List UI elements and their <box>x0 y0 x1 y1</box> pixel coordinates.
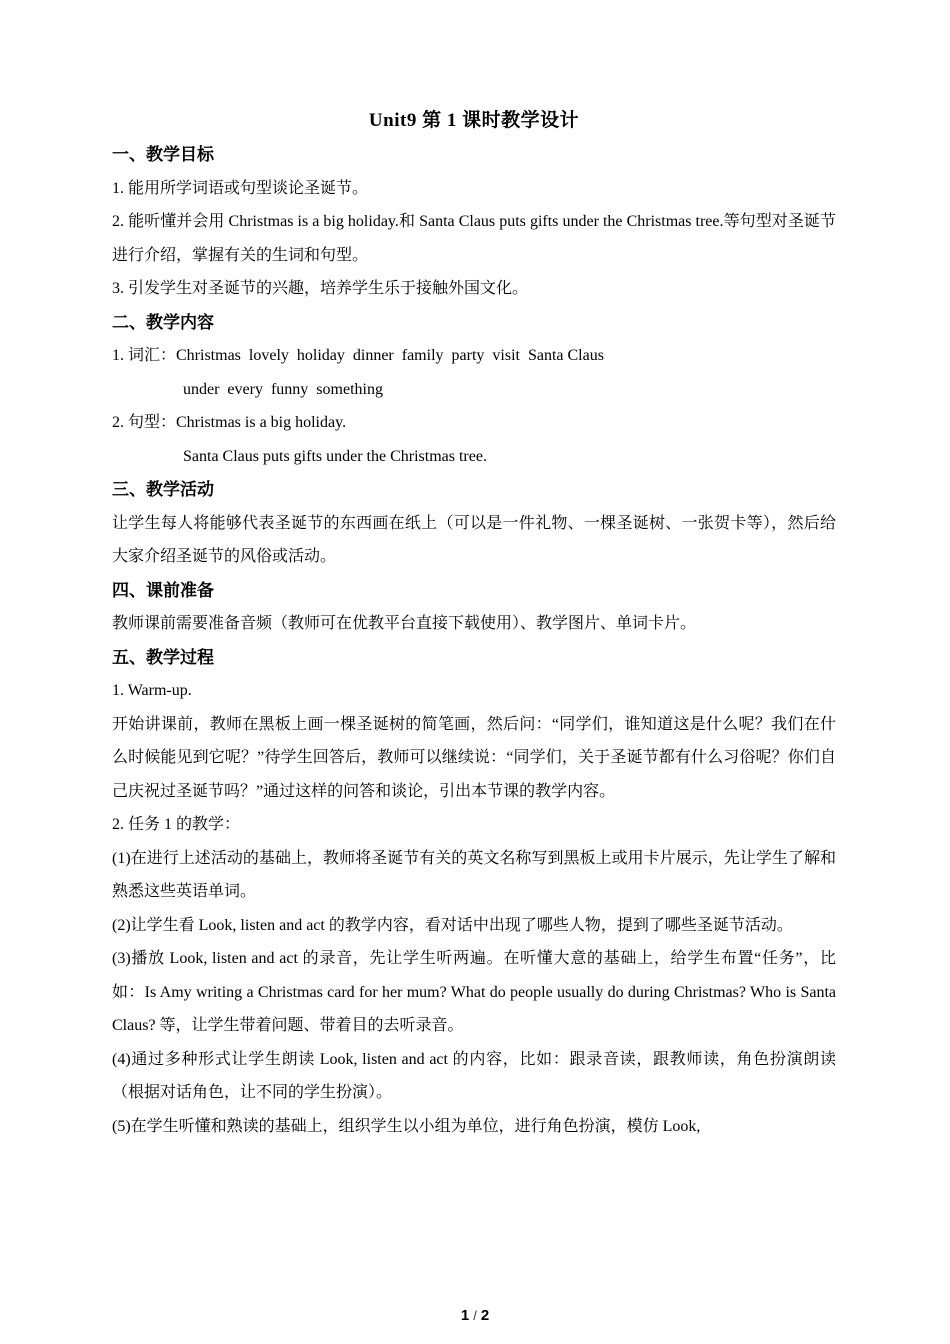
paragraph-step-5: (5)在学生听懂和熟读的基础上，组织学生以小组为单位，进行角色扮演，模仿 Loo… <box>112 1110 836 1144</box>
paragraph: 让学生每人将能够代表圣诞节的东西画在纸上（可以是一件礼物、一棵圣诞树、一张贺卡等… <box>112 507 836 574</box>
page-number-current: 1 <box>461 1307 469 1324</box>
document-page: Unit9 第 1 课时教学设计 一、教学目标 1. 能用所学词语或句型谈论圣诞… <box>0 0 950 1344</box>
sentence-pattern-line: 2. 句型：Christmas is a big holiday. <box>112 406 836 440</box>
paragraph: 2. 能听懂并会用 Christmas is a big holiday.和 S… <box>112 205 836 272</box>
section-heading-activities: 三、教学活动 <box>112 473 836 507</box>
paragraph-task1-label: 2. 任务 1 的教学： <box>112 808 836 842</box>
paragraph-step-3: (3)播放 Look, listen and act 的录音，先让学生听两遍。在… <box>112 942 836 1043</box>
paragraph: 1. 能用所学词语或句型谈论圣诞节。 <box>112 172 836 206</box>
paragraph: 教师课前需要准备音频（教师可在优教平台直接下载使用）、教学图片、单词卡片。 <box>112 607 836 641</box>
paragraph: 3. 引发学生对圣诞节的兴趣，培养学生乐于接触外国文化。 <box>112 272 836 306</box>
vocabulary-line-continued: under every funny something <box>183 373 836 407</box>
paragraph: 开始讲课前，教师在黑板上画一棵圣诞树的简笔画，然后问：“同学们，谁知道这是什么呢… <box>112 708 836 809</box>
paragraph-step-1: (1)在进行上述活动的基础上，教师将圣诞节有关的英文名称写到黑板上或用卡片展示，… <box>112 842 836 909</box>
page-number-total: 2 <box>481 1307 489 1324</box>
vocabulary-line: 1. 词汇：Christmas lovely holiday dinner fa… <box>112 339 836 373</box>
page-title: Unit9 第 1 课时教学设计 <box>112 104 836 138</box>
section-heading-process: 五、教学过程 <box>112 641 836 675</box>
document-content: Unit9 第 1 课时教学设计 一、教学目标 1. 能用所学词语或句型谈论圣诞… <box>112 104 836 1143</box>
paragraph-step-2: (2)让学生看 Look, listen and act 的教学内容，看对话中出… <box>112 909 836 943</box>
section-heading-contents: 二、教学内容 <box>112 306 836 340</box>
section-heading-objectives: 一、教学目标 <box>112 138 836 172</box>
page-footer: 1/2 <box>0 1307 950 1324</box>
paragraph-step-4: (4)通过多种形式让学生朗读 Look, listen and act 的内容，… <box>112 1043 836 1110</box>
paragraph-warmup-label: 1. Warm-up. <box>112 674 836 708</box>
section-heading-preparation: 四、课前准备 <box>112 574 836 608</box>
page-number-separator: / <box>469 1308 481 1323</box>
sentence-pattern-line-continued: Santa Claus puts gifts under the Christm… <box>183 440 836 474</box>
